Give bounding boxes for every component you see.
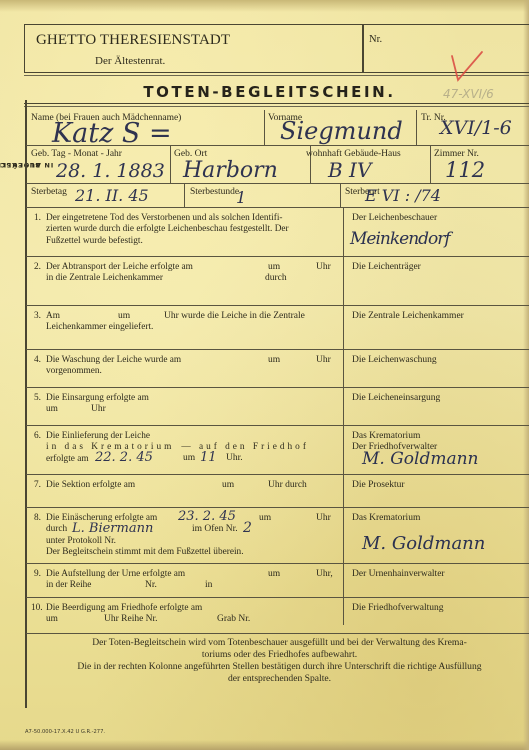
item-3-um: um: [118, 311, 130, 321]
footer-line: Die in der rechten Kolonne angeführten S…: [30, 661, 529, 673]
birthdate-value: 28. 1. 1883: [56, 160, 165, 182]
item-line: unter Protokoll Nr.: [46, 536, 116, 546]
grid-line: [26, 183, 529, 184]
item-number: 2.: [34, 262, 46, 273]
item-line: zierten wurde durch die erfolgte Leichen…: [46, 224, 289, 234]
item-2-durch: durch: [265, 273, 287, 283]
side-note-blockschrift: IN BLOCKSCHRIFTAUSFÜLLEN!: [2, 110, 24, 220]
grid-line: [26, 145, 529, 146]
grid-line: [264, 110, 265, 145]
birthdate-label: Geb. Tag - Monat - Jahr: [31, 149, 122, 159]
item-line: vorgenommen.: [46, 366, 102, 376]
grid-line: [26, 507, 529, 508]
death-hour-label: Sterbestunde: [190, 187, 239, 197]
item-line: Leichenkammer eingeliefert.: [46, 322, 153, 332]
item-line: um: [46, 614, 58, 624]
item-5-text: 5.Die Einsargung erfolgte am um: [34, 393, 339, 416]
residence-value: B IV: [328, 158, 371, 182]
item-8-date-value: 23. 2. 45: [178, 509, 236, 524]
item-9-text: 9.Die Aufstellung der Urne erfolgte am i…: [34, 569, 339, 592]
print-code: A7-50.000-17.X.42 U G.R.-277.: [25, 729, 105, 735]
item-number: 1.: [34, 213, 46, 224]
item-8-signature: M. Goldmann: [362, 533, 485, 554]
birthplace-value: Harborn: [183, 158, 278, 183]
item-8-authority: Das Krematorium: [352, 513, 420, 523]
item-6-uhr: Uhr.: [226, 453, 243, 463]
item-line: Der Begleitschein stimmt mit dem Fußzett…: [46, 547, 244, 557]
tr-nr-value: XVI/1-6: [440, 117, 512, 139]
item-1-signature: Meinkendorf: [350, 229, 450, 249]
item-2-uhr: Uhr: [316, 262, 331, 272]
item-2-text: 2.Der Abtransport der Leiche erfolgte am…: [34, 262, 339, 285]
item-6-authority: Das Krematorium: [352, 431, 420, 441]
grid-line: [26, 633, 529, 634]
item-line: Die Einlieferung der Leiche: [46, 431, 150, 441]
item-6-date-value: 22. 2. 45: [95, 450, 153, 465]
grid-line: [26, 305, 529, 306]
item-1-authority: Der Leichenbeschauer: [352, 213, 437, 223]
grid-line: [184, 183, 185, 207]
item-7-authority: Die Prosektur: [352, 480, 405, 490]
item-line: Fußzettel wurde befestigt.: [46, 236, 143, 246]
side-note-line2: AUSFÜLLEN!: [0, 161, 41, 169]
item-2-um: um: [268, 262, 280, 272]
item-5-uhr: Uhr: [91, 404, 106, 414]
item-line: in die Zentrale Leichenkammer: [46, 273, 163, 283]
item-8-oven-value: 2: [243, 520, 252, 536]
item-line: Die Beerdigung am Friedhofe erfolgte am: [46, 603, 202, 613]
vorname-value: Siegmund: [280, 117, 403, 145]
grid-line: [416, 110, 417, 145]
item-durch: durch: [46, 524, 67, 534]
item-9-nr: Nr.: [145, 580, 157, 590]
item-9-authority: Der Urnenhainverwalter: [352, 569, 445, 579]
item-3-authority: Die Zentrale Leichenkammer: [352, 311, 464, 321]
footer-line: Der Toten-Begleitschein wird vom Totenbe…: [30, 637, 529, 649]
item-number: 6.: [34, 431, 46, 442]
death-day-label: Sterbetag: [31, 187, 67, 197]
footer-instructions: Der Toten-Begleitschein wird vom Totenbe…: [30, 637, 529, 685]
grid-line: [340, 183, 341, 207]
item-number: 3.: [34, 311, 46, 322]
death-place-value: E VI : /74: [365, 186, 441, 205]
item-6-signature: M. Goldmann: [362, 449, 479, 469]
item-line: Die Waschung der Leiche wurde am: [46, 355, 181, 365]
form-left-border: [25, 100, 27, 708]
grid-line: [26, 563, 529, 564]
item-4-text: 4.Die Waschung der Leiche wurde am vorge…: [34, 355, 339, 378]
grid-line: [26, 425, 529, 426]
grid-line: [430, 145, 431, 183]
item-number: 9.: [34, 569, 46, 580]
item-8-uhr: Uhr: [316, 513, 331, 523]
item-line: Der Abtransport der Leiche erfolgte am: [46, 262, 193, 272]
item-line: Der eingetretene Tod des Verstorbenen un…: [46, 213, 283, 223]
item-line: erfolgte am: [46, 454, 89, 464]
grid-line: [26, 349, 529, 350]
item-10-uhr-reihe: Uhr Reihe Nr.: [104, 614, 158, 624]
grid-line: [26, 474, 529, 475]
item-2-authority: Die Leichenträger: [352, 262, 421, 272]
item-4-uhr: Uhr: [316, 355, 331, 365]
item-number: 5.: [34, 393, 46, 404]
item-9-uhr: Uhr,: [316, 569, 333, 579]
item-8-um: um: [259, 513, 271, 523]
item-8-operator-value: L. Biermann: [72, 521, 153, 536]
item-7-um: um: [222, 480, 234, 490]
item-9-in: in: [205, 580, 212, 590]
item-5-authority: Die Leicheneinsargung: [352, 393, 440, 403]
item-4-um: um: [268, 355, 280, 365]
pencil-reference: 47-XVI/6: [443, 87, 494, 101]
grid-line: [170, 145, 171, 183]
item-line: in der Reihe: [46, 580, 91, 590]
council-name: Der Ältestenrat.: [95, 55, 165, 67]
death-hour-value: 1: [236, 188, 246, 207]
death-day-value: 21. II. 45: [75, 186, 149, 205]
item-10-authority: Die Friedhofverwaltung: [352, 603, 444, 613]
institution-name: GHETTO THERESIENSTADT: [36, 32, 230, 49]
nr-label: Nr.: [369, 34, 382, 45]
grid-line: [26, 207, 529, 208]
item-line: Die Einsargung erfolgte am: [46, 393, 149, 403]
room-value: 112: [445, 158, 485, 182]
item-number: 4.: [34, 355, 46, 366]
item-9-um: um: [268, 569, 280, 579]
item-7-uhr: Uhr durch: [268, 480, 307, 490]
item-am: Am: [46, 311, 60, 321]
item-8-oven-label: im Ofen Nr.: [192, 524, 238, 534]
grid-line: [26, 256, 529, 257]
header-divider: [362, 24, 364, 72]
item-number: 10.: [31, 603, 46, 614]
item-4-authority: Die Leichenwaschung: [352, 355, 437, 365]
item-10-grab: Grab Nr.: [217, 614, 250, 624]
grid-line: [26, 387, 529, 388]
grid-line: [26, 597, 529, 598]
item-number: 8.: [34, 513, 46, 524]
item-6-hour-value: 11: [200, 450, 217, 465]
item-1-text: 1.Der eingetretene Tod des Verstorbenen …: [34, 213, 339, 247]
item-6-um: um: [183, 453, 195, 463]
title-double-rule: [24, 103, 529, 107]
item-3-rest: Uhr wurde die Leiche in die Zentrale: [164, 311, 305, 321]
item-line: Die Sektion erfolgte am: [46, 480, 135, 490]
item-10-text: 10.Die Beerdigung am Friedhofe erfolgte …: [31, 603, 336, 626]
item-number: 7.: [34, 480, 46, 491]
item-line: Die Aufstellung der Urne erfolgte am: [46, 569, 185, 579]
footer-line: der entsprechenden Spalte.: [30, 673, 529, 685]
footer-line: toriums oder des Friedhofes aufbewahrt.: [30, 649, 529, 661]
item-um: um: [46, 404, 58, 414]
red-check-icon: [448, 50, 488, 90]
